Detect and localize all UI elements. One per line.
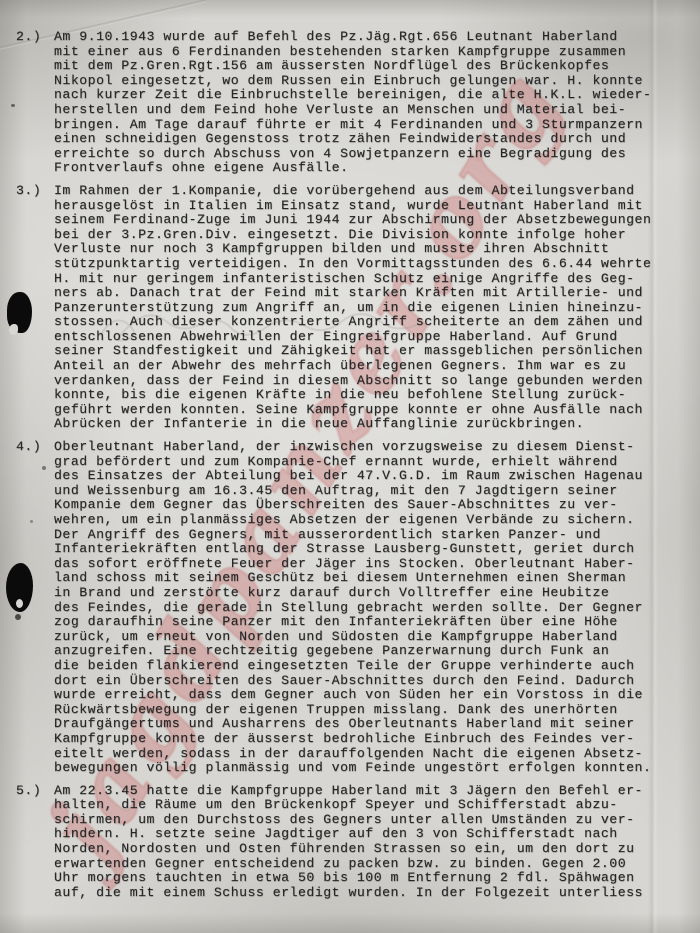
typewritten-text: 2.) Am 9.10.1943 wurde auf Befehl des Pz… [16, 30, 692, 908]
paragraph-2: 2.) Am 9.10.1943 wurde auf Befehl des Pz… [16, 30, 692, 176]
paragraph-number: 4.) [16, 440, 41, 455]
paragraph-text: Im Rahmen der 1.Kompanie, die vorübergeh… [54, 184, 692, 432]
document-page: jagdpanzer.org 2.) Am 9.10.1943 wurde au… [0, 0, 700, 933]
paragraph-4: 4.) Oberleutnant Haberland, der inzwisch… [16, 440, 692, 776]
paragraph-number: 5.) [16, 784, 41, 799]
paragraph-text: Am 9.10.1943 wurde auf Befehl des Pz.Jäg… [54, 30, 692, 176]
paragraph-number: 2.) [16, 30, 41, 45]
paragraph-3: 3.) Im Rahmen der 1.Kompanie, die vorübe… [16, 184, 692, 432]
paragraph-5: 5.) Am 22.3.45 hatte die Kampfgruppe Hab… [16, 784, 692, 901]
paragraph-text: Am 22.3.45 hatte die Kampfgruppe Haberla… [54, 784, 692, 901]
paragraph-text: Oberleutnant Haberland, der inzwischen v… [54, 440, 692, 776]
paragraph-number: 3.) [16, 184, 41, 199]
paper-speck [11, 104, 15, 107]
